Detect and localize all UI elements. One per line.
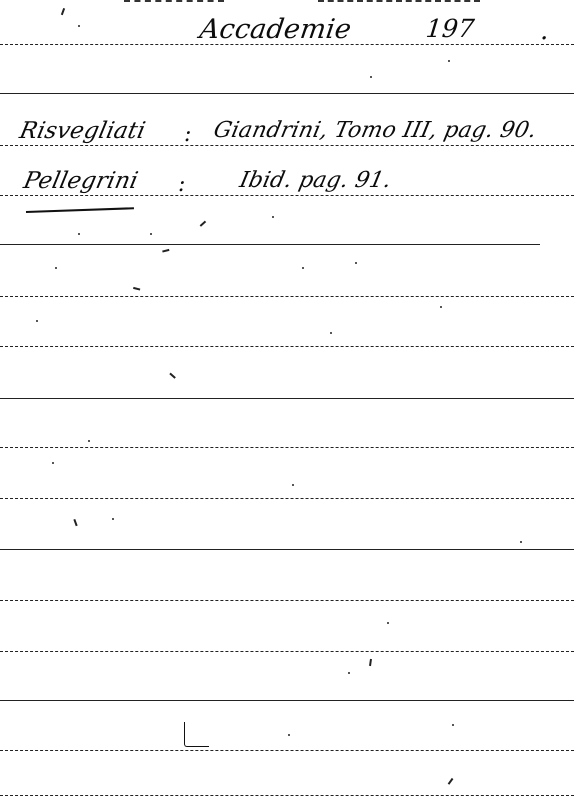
ruled-line: [0, 498, 574, 499]
ruled-line: [0, 750, 574, 751]
ruled-line: [0, 600, 574, 601]
speckle: [133, 287, 140, 290]
ruled-line: [0, 296, 574, 297]
ruled-line: [0, 795, 574, 796]
ruled-line: [0, 651, 574, 652]
ruled-line: [0, 195, 574, 196]
ruled-line: [0, 145, 574, 146]
entry-reference: Giandrini, Tomo III, pag. 90.: [211, 118, 538, 143]
speckle: [448, 60, 450, 62]
ruled-line: [0, 700, 574, 701]
speckle: [36, 320, 38, 322]
entry-label: Pellegrini: [21, 168, 140, 194]
speckle: [78, 233, 80, 235]
speckle: [170, 373, 176, 379]
speckle: [348, 672, 350, 674]
speckle: [440, 306, 442, 308]
speckle: [370, 659, 372, 666]
speckle: [52, 462, 54, 464]
ruled-line: [0, 346, 574, 347]
ruled-line: [0, 93, 574, 94]
top-edge-line-left: [124, 0, 224, 2]
ruled-line: [0, 244, 540, 245]
speckle: [78, 25, 80, 27]
entry-separator: :: [178, 172, 186, 197]
speckle: [302, 267, 304, 269]
entry-label: Risvegliati: [17, 118, 148, 144]
ruled-line: [0, 398, 574, 399]
speckle: [162, 249, 169, 252]
speckle: [200, 221, 206, 227]
bracket-mark: [184, 722, 209, 747]
card-number: 197: [424, 14, 475, 43]
speckle: [387, 622, 389, 624]
speckle: [88, 440, 90, 442]
entry-label-underline: [26, 207, 134, 213]
speckle: [74, 519, 78, 526]
speckle: [355, 262, 357, 264]
speckle: [112, 518, 114, 520]
entry-reference: Ibid. pag. 91.: [237, 168, 393, 193]
speckle: [452, 724, 454, 726]
speckle: [150, 233, 152, 235]
entry-separator: :: [184, 122, 192, 147]
speckle: [370, 76, 372, 78]
card-number-trailing-mark: .: [540, 16, 548, 46]
speckle: [520, 541, 522, 543]
speckle: [61, 8, 65, 15]
ruled-line: [0, 549, 574, 550]
speckle: [288, 734, 290, 736]
speckle: [330, 332, 332, 334]
speckle: [292, 484, 294, 486]
ruled-line: [0, 447, 574, 448]
index-card: Accademie 197 . Risvegliati : Giandrini,…: [0, 0, 574, 800]
card-subject-heading: Accademie: [198, 14, 353, 45]
speckle: [272, 216, 274, 218]
speckle: [448, 778, 453, 785]
top-edge-line-right: [318, 0, 480, 2]
speckle: [55, 267, 57, 269]
